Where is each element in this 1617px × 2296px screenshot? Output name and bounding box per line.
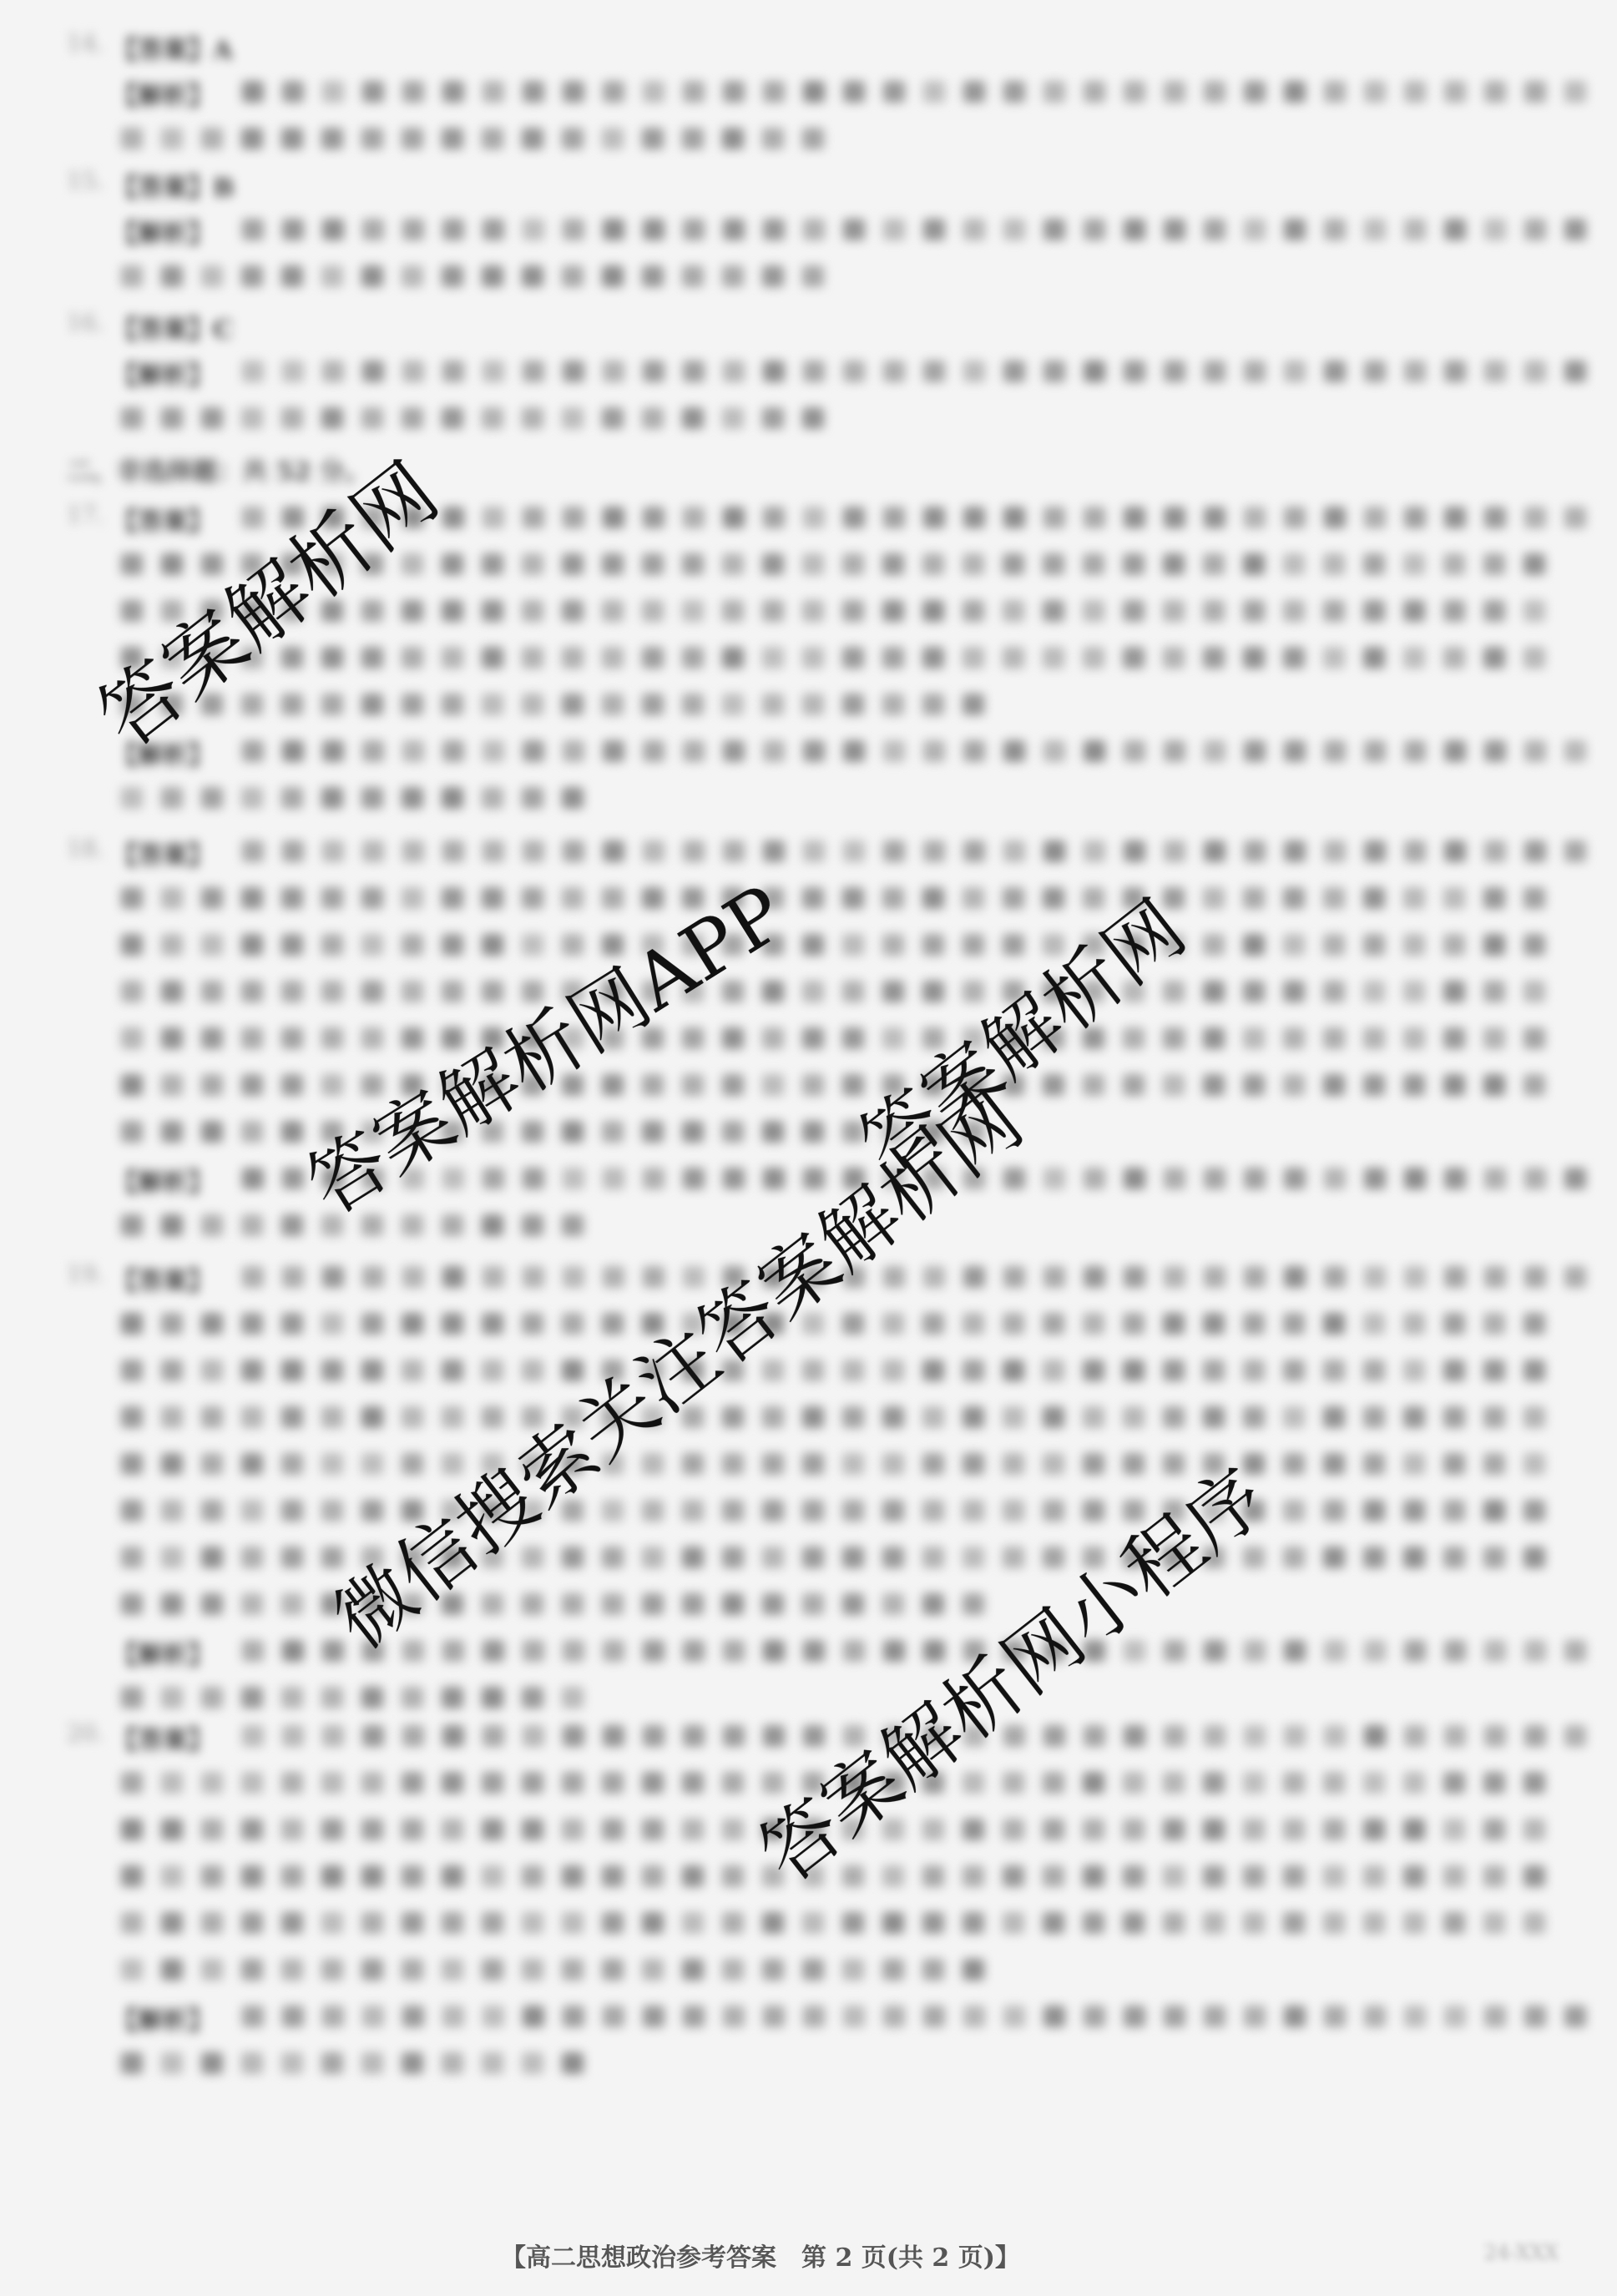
text-line [121, 265, 842, 287]
question-number: 14. [67, 29, 104, 57]
text-line [121, 1593, 1003, 1615]
text-line [121, 2052, 602, 2074]
text-line [121, 1360, 1564, 1381]
text-line [121, 1687, 602, 1708]
text-line [242, 2006, 1604, 2027]
text-line [121, 694, 1003, 715]
answer-tag: 【答案】 [113, 1719, 213, 1756]
question-number: 16. [67, 309, 104, 336]
answer-tag: 【答案】C [113, 309, 233, 346]
answer-tag: 【答案】B [113, 167, 234, 204]
analysis-tag: 【解析】 [113, 1634, 213, 1671]
page-code: 24-XXX [1484, 2241, 1559, 2264]
text-line [242, 219, 1604, 240]
question-number: 19. [67, 1260, 104, 1288]
text-line [121, 1027, 1564, 1049]
analysis-tag: 【解析】 [113, 75, 213, 112]
analysis-tag: 【解析】 [113, 1162, 213, 1198]
text-line [121, 407, 842, 429]
page-footer: 【高二思想政治参考答案 第 2 页(共 2 页)】 [501, 2237, 1020, 2273]
text-line [121, 1500, 1564, 1521]
text-line [121, 787, 602, 809]
question-number: 18. [67, 835, 104, 862]
text-line [121, 934, 1564, 956]
answer-tag: 【答案】 [113, 835, 213, 871]
text-line [121, 1313, 1564, 1335]
text-line [242, 81, 1604, 103]
question-number: 15. [67, 167, 104, 194]
text-line [242, 1640, 1604, 1662]
answer-tag: 【答案】 [113, 501, 213, 537]
question-number: 17. [67, 501, 104, 528]
text-line [121, 981, 1564, 1002]
text-line [121, 128, 842, 149]
text-line [242, 740, 1604, 762]
text-line [242, 840, 1604, 862]
text-line [121, 1912, 1564, 1934]
answer-tag: 【答案】A [113, 29, 232, 66]
text-line [242, 361, 1604, 382]
answer-tag: 【答案】 [113, 1260, 213, 1297]
analysis-tag: 【解析】 [113, 355, 213, 391]
text-line [121, 1406, 1564, 1428]
text-line [121, 1453, 1564, 1475]
question-number: 20. [67, 1719, 104, 1747]
document-page: 14.【答案】A【解析】15.【答案】B【解析】16.【答案】C【解析】二、非选… [0, 0, 1617, 2296]
text-line [121, 1074, 1564, 1096]
text-line [121, 887, 1564, 909]
analysis-tag: 【解析】 [113, 2000, 213, 2036]
text-line [121, 647, 1564, 669]
analysis-tag: 【解析】 [113, 213, 213, 250]
text-line [121, 1959, 1003, 1981]
text-line [242, 1266, 1604, 1288]
